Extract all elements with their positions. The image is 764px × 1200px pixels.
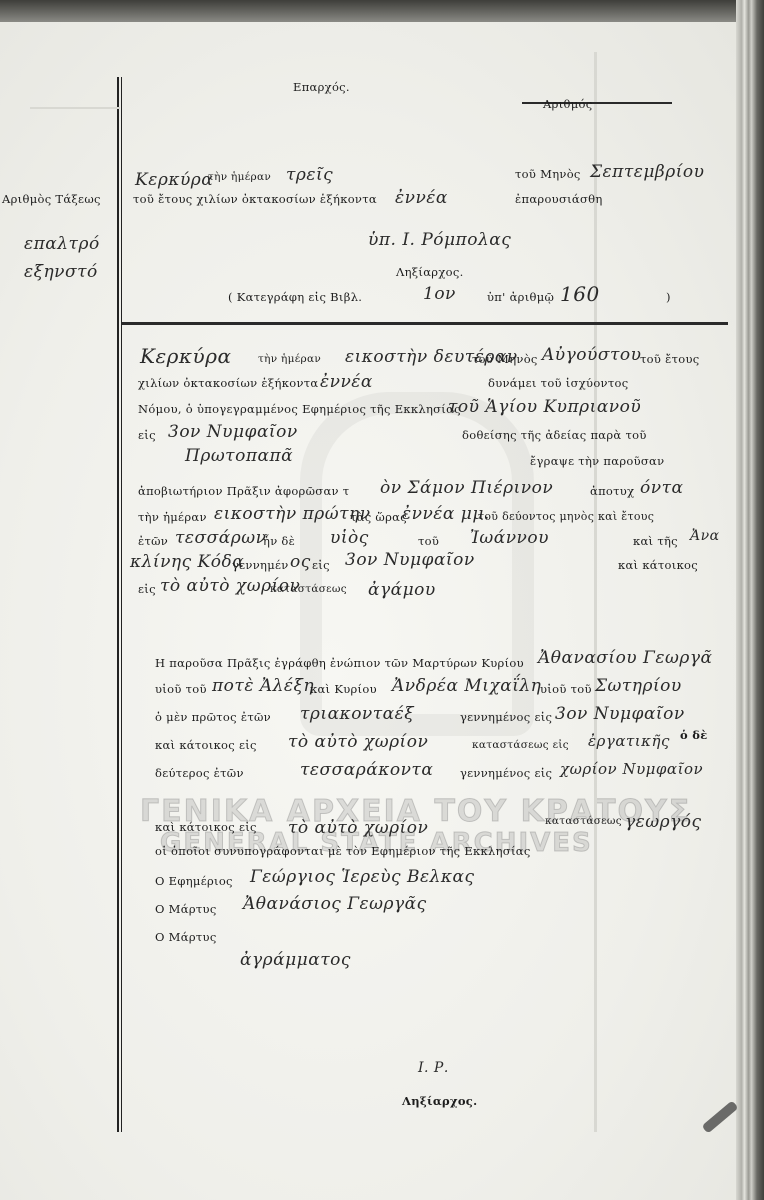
witness2-residence-hw: τὸ αὐτὸ χωρίον: [288, 818, 428, 838]
witness1-status-print: καταστάσεως εἰς: [472, 738, 569, 752]
margin-divider-line: [117, 77, 119, 1132]
header-month-print: τοῦ Μηνὸς: [515, 167, 581, 181]
witness2-label: Ο Μάρτυς: [155, 930, 217, 944]
body-l3-print: Νόμου, ὁ ὑπογεγραμμένος Εφημέριος τῆς Εκ…: [138, 402, 461, 416]
witness2-signature: ἀγράμματος: [240, 950, 351, 970]
book-binding-spine: [736, 0, 764, 1200]
body-protopapas-hw: Πρωτοπαπᾶ: [185, 446, 293, 466]
body-was-print: ἦν δὲ: [263, 534, 295, 548]
body-age-hw: τεσσάρων: [175, 528, 266, 548]
eparchos-label: Επαρχός.: [293, 80, 350, 94]
body-month-print: τοῦ Μηνὸς: [472, 352, 538, 366]
body-l7-end: τοῦ δεύοντος μηνὸς καὶ ἔτους: [478, 510, 654, 524]
body-mother-start-hw: Ἀνα: [690, 528, 720, 544]
witness1-birthplace-hw: 3ον Νυμφαῖον: [555, 704, 685, 724]
order-number-label: Αριθμὸς Τάξεως: [2, 192, 101, 206]
body-birthplace-hw: 3ον Νυμφαῖον: [345, 550, 475, 570]
witness1-son-print: υἱοῦ τοῦ: [155, 682, 207, 696]
body-l4-print: εἰς: [138, 428, 156, 442]
witness1-age-hw: τριακονταέξ: [300, 704, 414, 724]
header-place-hw: Κερκύρα: [135, 170, 213, 190]
witness1-signature: Ἀθανάσιος Γεωργᾶς: [243, 894, 427, 914]
body-l7-print: τὴν ἡμέραν: [138, 510, 207, 524]
catalog-num-print: ὑπ' ἀριθμῷ: [487, 290, 554, 304]
witness2-status-hw: γεωργός: [625, 812, 702, 832]
body-hours-hw: ἐννέα μμ.: [402, 504, 490, 524]
book-binding-top: [0, 0, 764, 22]
body-deceased-hw: ὸν Σάμον Πιέρινον: [380, 478, 553, 498]
catalog-print: ( Κατεγράφη εἰς Βιβλ.: [228, 290, 362, 304]
body-l2-end: δυνάμει τοῦ ἰσχύοντος: [488, 376, 628, 390]
witness1-resident-print: καὶ κάτοικος εἰς: [155, 738, 257, 752]
witness1-name-hw: Ἀθανασίου Γεωργᾶ: [538, 648, 712, 668]
witness1-status-hw: ἐργατικῆς: [588, 732, 670, 750]
body-resident-print: καὶ κάτοικος: [618, 558, 698, 572]
body-father-print: τοῦ: [418, 534, 439, 548]
witness1-age-print: ὁ μὲν πρῶτος ἐτῶν: [155, 710, 271, 724]
body-and-print: καὶ τῆς: [633, 534, 678, 548]
body-relation-hw: υἱὸς: [330, 528, 369, 548]
witness1-born-print: γεννημένος εἰς: [460, 710, 552, 724]
body-l10-print: εἰς: [138, 582, 156, 596]
header-month-hw: Σεπτεμβρίου: [590, 162, 704, 182]
catalog-close: ): [666, 290, 671, 304]
body-l5-end: ἔγραψε τὴν παροῦσαν: [530, 454, 664, 468]
body-month-hw: Αὐγούστου: [542, 345, 641, 365]
header-day-hw: τρεῖς: [286, 165, 333, 185]
ink-blot: [701, 1100, 738, 1133]
witness1-label: Ο Μάρτυς: [155, 902, 217, 916]
body-l4-end: δοθείσης τῆς ἀδείας παρὰ τοῦ: [462, 428, 647, 442]
witness2-son-print: υἱοῦ τοῦ: [540, 682, 592, 696]
witness-intro-print: Η παροῦσα Πρᾶξις ἐγράφθη ἐνώπιον τῶν Μαρ…: [155, 656, 524, 670]
witness2-father-hw: Σωτηρίου: [595, 676, 682, 696]
witness2-age-hw: τεσσαράκοντα: [300, 760, 433, 780]
header-day-print: τὴν ἡμέραν: [208, 170, 271, 184]
body-place-hw: Κερκύρα: [140, 344, 231, 368]
arithmos-label: Αριθμός: [543, 97, 592, 111]
header-registrar-signature: ὑπ. Ι. Ρόμπολας: [368, 230, 511, 250]
body-father-hw: Ἰωάννου: [470, 528, 549, 548]
witness2-intro-print: καὶ Κυρίου: [310, 682, 377, 696]
body-year-label: τοῦ ἔτους: [640, 352, 700, 366]
witness2-born-print: γεννημένος εἰς: [460, 766, 552, 780]
header-year-hw: ἐννέα: [395, 188, 448, 208]
body-status-print: καταστάσεως: [270, 582, 347, 596]
body-born-print: γεννημέν: [232, 558, 289, 572]
body-l2-print: χιλίων ὀκτακοσίων ἑξήκοντα: [138, 376, 318, 390]
bleedthrough-line: [30, 107, 120, 109]
body-born-in-print: εἰς: [312, 558, 330, 572]
witness2-status-print: καταστάσεως: [545, 814, 622, 828]
body-church-hw: τοῦ Ἁγίου Κυπριανοῦ: [448, 397, 641, 417]
registrar-signature: Ι. Ρ.: [418, 1060, 449, 1076]
header-presented-print: ἐπαρουσιάσθη: [515, 192, 603, 206]
body-l6-print: ἀποβιωτήριον Πρᾶξιν ἀφορῶσαν τ: [138, 484, 349, 498]
margin-divider-line-inner: [121, 77, 122, 1132]
catalog-number-hw: 160: [560, 282, 600, 306]
body-status-hw: ἀγάμου: [368, 580, 436, 600]
header-registrar-label: Ληξίαρχος.: [396, 265, 464, 279]
body-born-suffix-hw: ος: [290, 552, 311, 572]
witness2-name-hw: Ἀνδρέα Μιχαΐλη: [392, 676, 541, 696]
witness1-father-hw: ποτὲ Ἀλέξη: [212, 676, 314, 696]
registrar-label: Ληξίαρχος.: [402, 1094, 477, 1108]
body-l6-end-hw: όντα: [640, 478, 683, 498]
priest-signature: Γεώργιος Ἱερεὺς Βελκας: [250, 867, 475, 887]
witness2-birthplace-hw: χωρίον Νυμφαῖον: [560, 760, 703, 778]
priest-label: Ο Εφημέριος: [155, 874, 233, 888]
witness2-age-print: δεύτερος ἐτῶν: [155, 766, 244, 780]
order-number-value: επαλτρό: [24, 234, 100, 254]
cosign-statement-print: οἱ ὁποῖοι συνυπογράφονται μὲ τὸν Εφημέρι…: [155, 844, 531, 858]
bleedthrough-line: [594, 52, 597, 1132]
body-mother-hw: κλίνης Κόδα: [130, 552, 244, 572]
body-death-day-hw: εικοστὴν πρώτην: [214, 504, 371, 524]
register-page: ΓΕΝΙΚΑ ΑΡΧΕΙΑ ΤΟΥ ΚΡΑΤΟΥΣ GENERAL STATE …: [0, 22, 736, 1200]
body-day-print: τὴν ἡμέραν: [258, 352, 321, 366]
catalog-book-hw: 1ον: [423, 284, 456, 304]
body-age-print: ἐτῶν: [138, 534, 168, 548]
body-village-hw: 3ον Νυμφαῖον: [168, 422, 298, 442]
body-l6-end: ἀποτυχ: [590, 484, 634, 498]
witness1-residence-hw: τὸ αὐτὸ χωρίον: [288, 732, 428, 752]
order-number-value-2: εξηνστό: [24, 262, 98, 282]
witness2-resident-print: καὶ κάτοικος εἰς: [155, 820, 257, 834]
section-divider-rule: [122, 322, 728, 325]
witness2-intro2-print: ὁ δὲ: [680, 728, 708, 742]
body-hours-print: τὰς ὥρας: [350, 510, 407, 524]
body-l2-hw: ἐννέα: [320, 372, 373, 392]
header-year-print: τοῦ ἔτους χιλίων ὀκτακοσίων ἑξήκοντα: [133, 192, 377, 206]
